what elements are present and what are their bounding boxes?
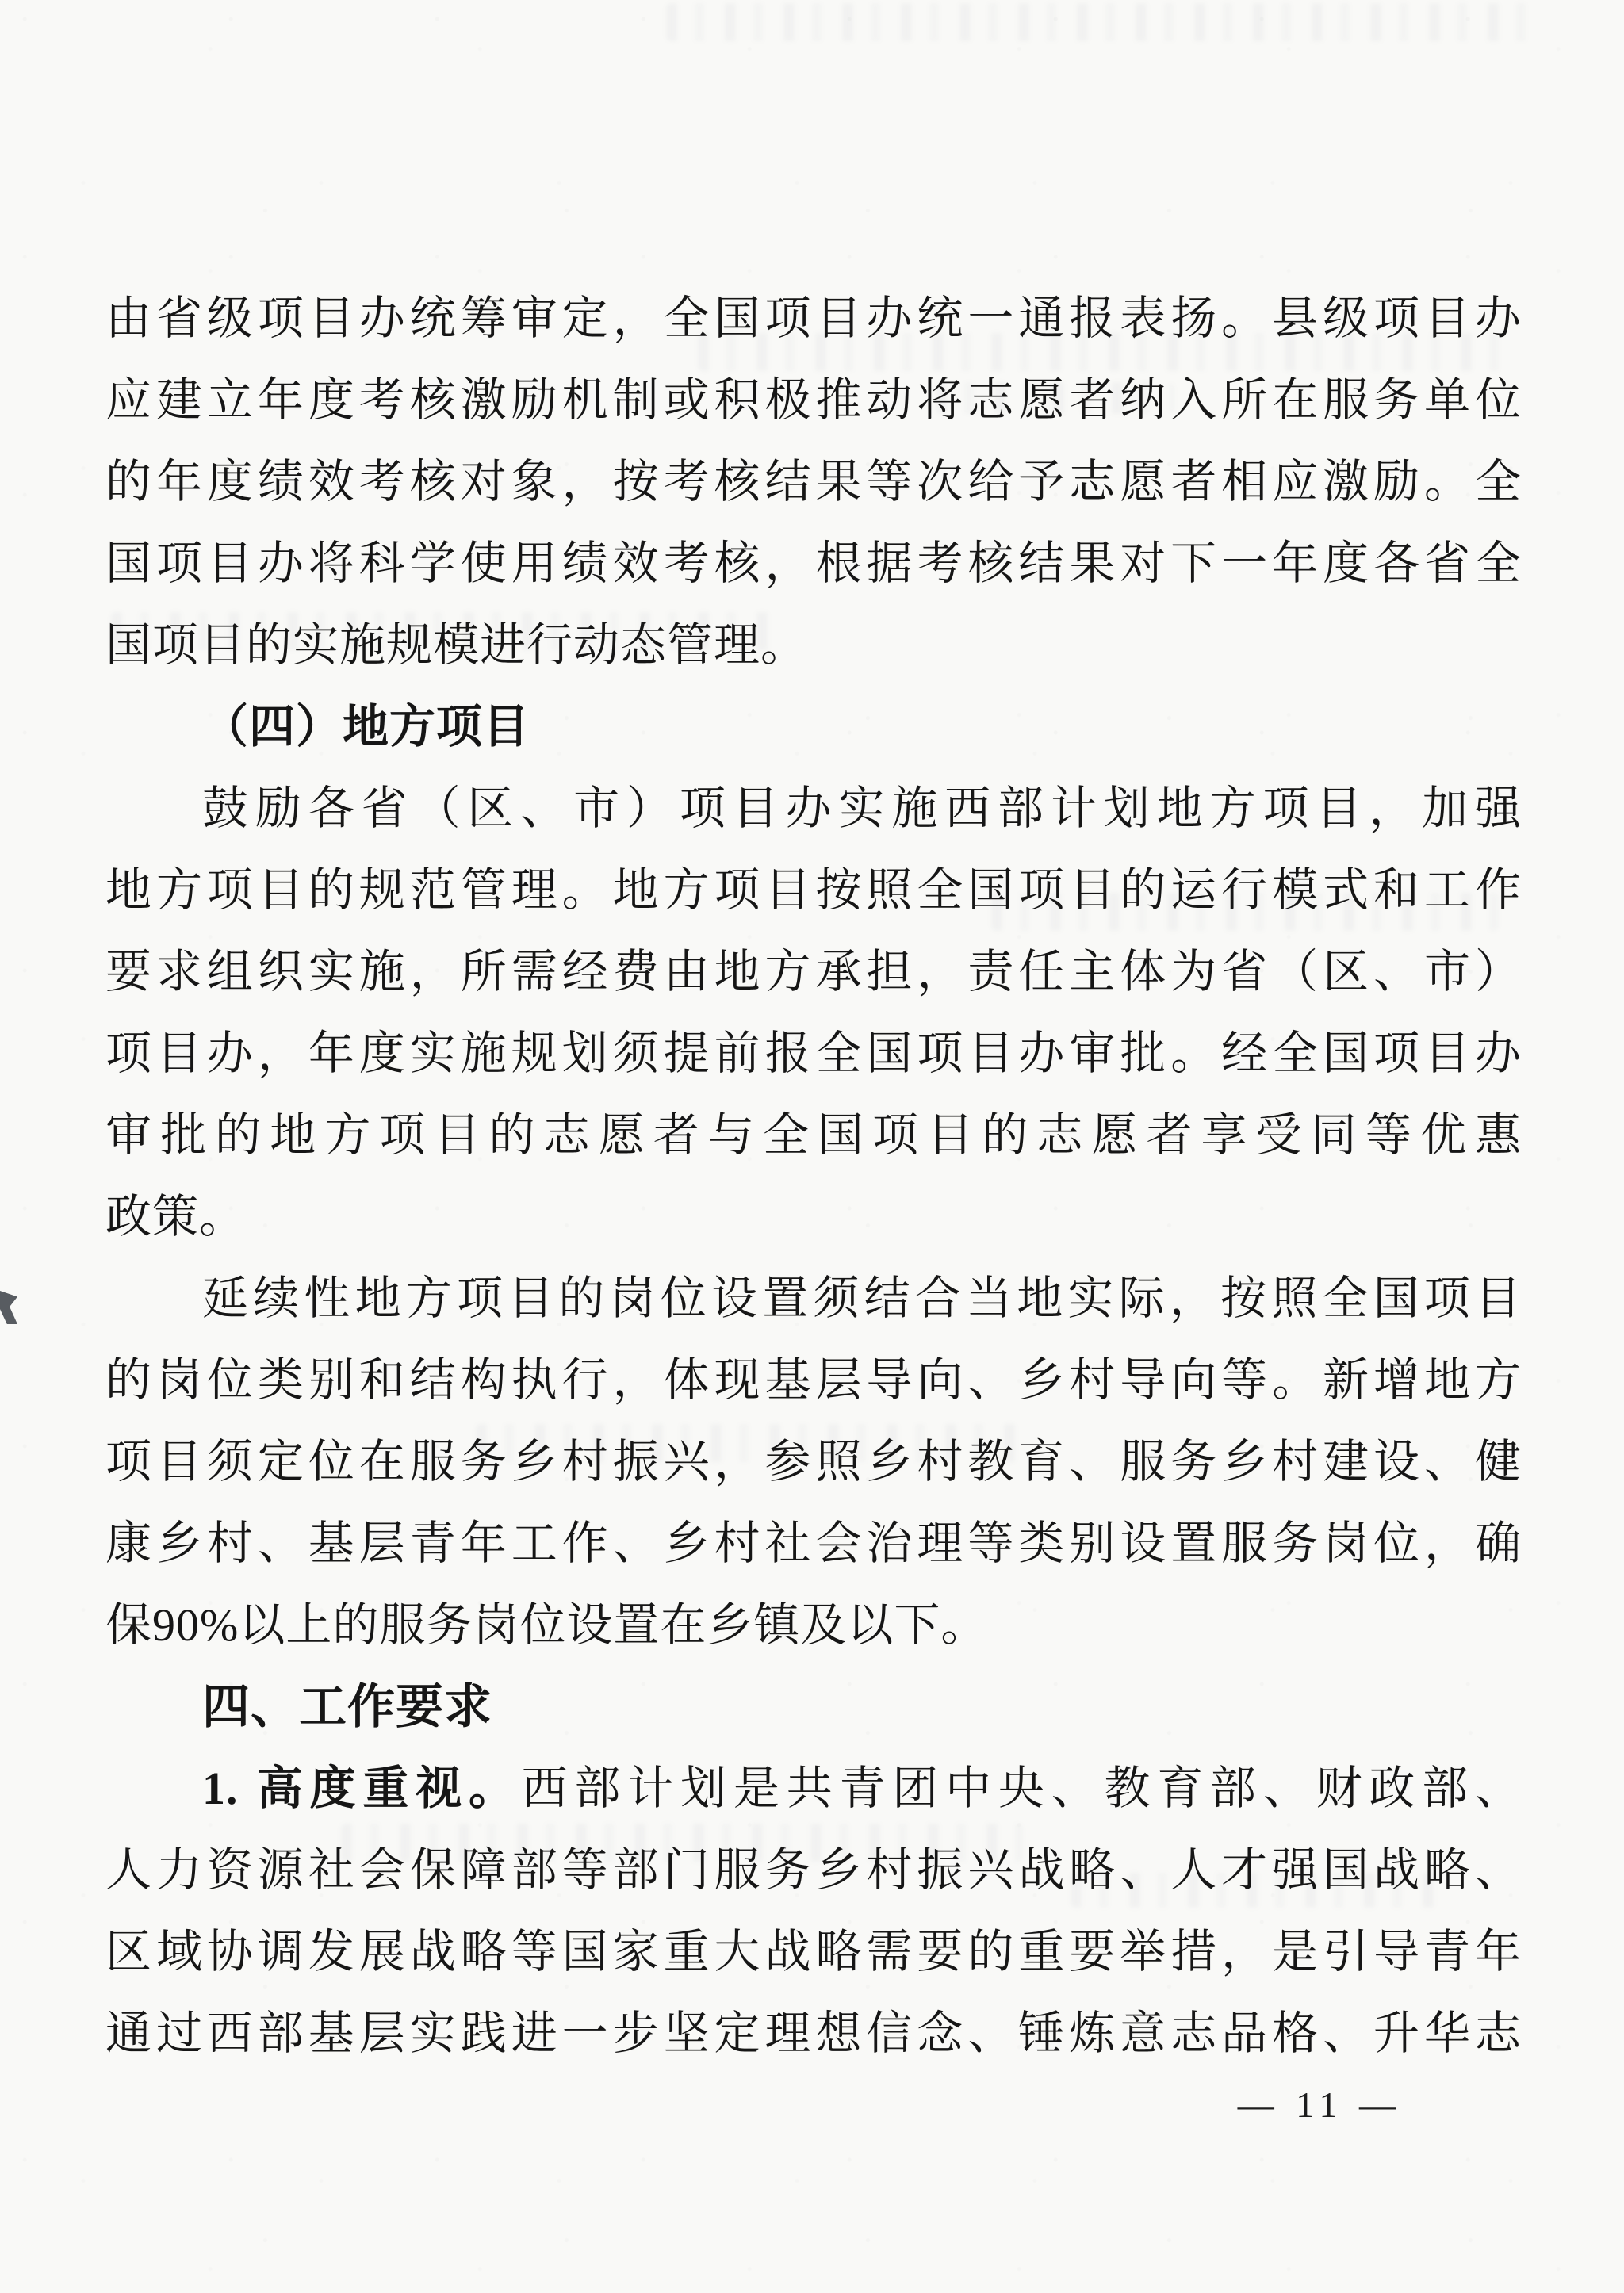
text-segment: 保90%以上的服务岗位设置在乡镇及以下。 [105,1599,987,1651]
text-segment: 高度重视。 [257,1763,522,1814]
text-segment: 项目须定位在服务乡村振兴，参照乡村教育、服务乡村建设、健 [105,1436,1522,1487]
text-segment: 要求组织实施，所需经费由地方承担，责任主体为省（区、市） [105,946,1522,997]
document-page: 由省级项目办统筹审定，全国项目办统一通报表扬。县级项目办应建立年度考核激励机制或… [0,0,1624,2293]
text-segment: 鼓励各省（区、市）项目办实施西部计划地方项目，加强 [202,783,1522,834]
text-segment: 的年度绩效考核对象，按考核结果等次给予志愿者相应激励。全 [105,456,1522,507]
text-line: 的岗位类别和结构执行，体现基层导向、乡村导向等。新增地方 [105,1339,1522,1421]
text-segment: 政策。 [105,1191,246,1242]
text-segment: 由省级项目办统筹审定，全国项目办统一通报表扬。县级项目办 [105,293,1522,344]
text-segment: 西部计划是共青团中央、教育部、财政部、 [522,1763,1522,1814]
text-line: 地方项目的规范管理。地方项目按照全国项目的运行模式和工作 [105,849,1522,931]
text-line: 通过西部基层实践进一步坚定理想信念、锤炼意志品格、升华志 [105,1992,1522,2074]
text-line: 审批的地方项目的志愿者与全国项目的志愿者享受同等优惠 [105,1094,1522,1176]
text-line: 国项目办将科学使用绩效考核，根据考核结果对下一年度各省全 [105,523,1522,604]
text-line: 康乡村、基层青年工作、乡村社会治理等类别设置服务岗位，确 [105,1503,1522,1584]
text-segment: 康乡村、基层青年工作、乡村社会治理等类别设置服务岗位，确 [105,1518,1522,1569]
page-number: — 11 — [1238,2084,1402,2126]
text-segment: 通过西部基层实践进一步坚定理想信念、锤炼意志品格、升华志 [105,2008,1522,2059]
text-segment: 1. [202,1763,257,1814]
text-segment: 应建立年度考核激励机制或积极推动将志愿者纳入所在服务单位 [105,374,1522,426]
scan-artifact-mark [0,1291,17,1324]
text-line: 项目须定位在服务乡村振兴，参照乡村教育、服务乡村建设、健 [105,1421,1522,1503]
text-segment: 的岗位类别和结构执行，体现基层导向、乡村导向等。新增地方 [105,1354,1522,1406]
text-line: 要求组织实施，所需经费由地方承担，责任主体为省（区、市） [105,931,1522,1013]
text-segment: 延续性地方项目的岗位设置须结合当地实际，按照全国项目 [202,1273,1522,1324]
section-heading-local-projects: （四）地方项目 [105,686,1522,768]
text-segment: 审批的地方项目的志愿者与全国项目的志愿者享受同等优惠 [105,1109,1522,1161]
section-heading-work-requirements: 四、工作要求 [105,1666,1522,1748]
text-line: 的年度绩效考核对象，按考核结果等次给予志愿者相应激励。全 [105,441,1522,523]
text-segment: 国项目办将科学使用绩效考核，根据考核结果对下一年度各省全 [105,538,1522,589]
text-segment: （四）地方项目 [202,701,530,752]
text-line: 政策。 [105,1176,1522,1258]
text-line: 区域协调发展战略等国家重大战略需要的重要举措，是引导青年 [105,1911,1522,1992]
text-line: 鼓励各省（区、市）项目办实施西部计划地方项目，加强 [105,768,1522,849]
text-line: 延续性地方项目的岗位设置须结合当地实际，按照全国项目 [105,1258,1522,1339]
text-line: 1. 高度重视。西部计划是共青团中央、教育部、财政部、 [105,1748,1522,1829]
text-line: 由省级项目办统筹审定，全国项目办统一通报表扬。县级项目办 [105,278,1522,359]
text-line: 项目办，年度实施规划须提前报全国项目办审批。经全国项目办 [105,1013,1522,1094]
text-line: 应建立年度考核激励机制或积极推动将志愿者纳入所在服务单位 [105,359,1522,441]
text-segment: 项目办，年度实施规划须提前报全国项目办审批。经全国项目办 [105,1028,1522,1079]
document-text-block: 由省级项目办统筹审定，全国项目办统一通报表扬。县级项目办应建立年度考核激励机制或… [105,278,1522,2074]
text-segment: 人力资源社会保障部等部门服务乡村振兴战略、人才强国战略、 [105,1844,1522,1896]
text-line: 人力资源社会保障部等部门服务乡村振兴战略、人才强国战略、 [105,1829,1522,1911]
bleedthrough-smudge [666,3,1538,41]
text-line: 保90%以上的服务岗位设置在乡镇及以下。 [105,1584,1522,1666]
text-segment: 区域协调发展战略等国家重大战略需要的重要举措，是引导青年 [105,1926,1522,1977]
text-segment: 地方项目的规范管理。地方项目按照全国项目的运行模式和工作 [105,864,1522,916]
text-segment: 四、工作要求 [202,1680,492,1733]
text-segment: 国项目的实施规模进行动态管理。 [105,619,807,671]
text-line: 国项目的实施规模进行动态管理。 [105,604,1522,686]
